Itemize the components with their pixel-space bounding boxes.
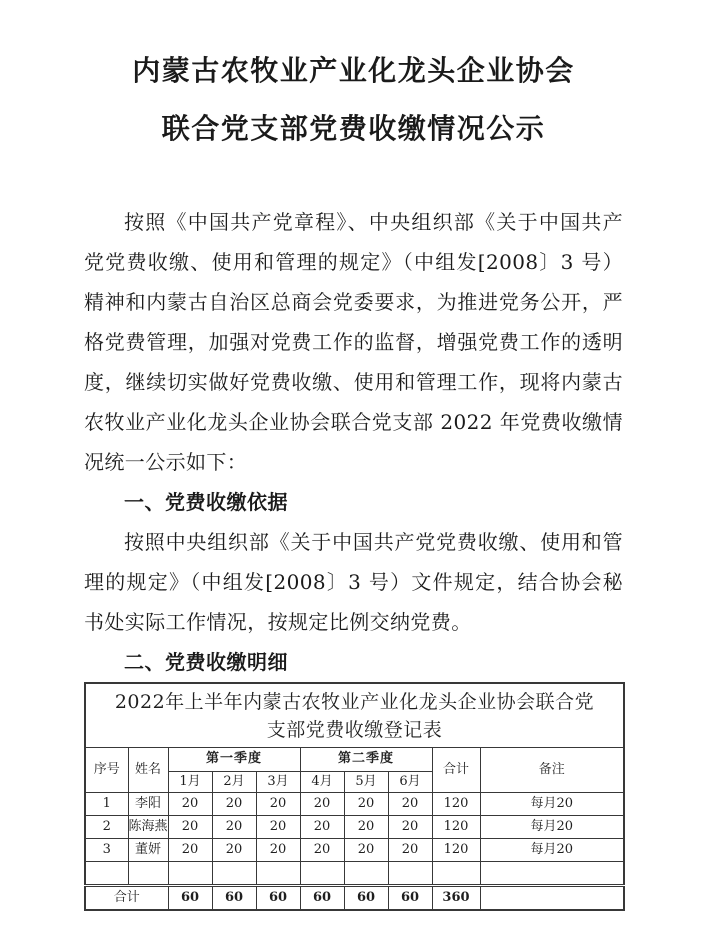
grand-total: 360 [432, 886, 480, 911]
cell-total [432, 862, 480, 886]
cell-name [128, 862, 168, 886]
cell-total: 120 [432, 839, 480, 862]
cell-month: 20 [344, 839, 388, 862]
document-title-line-1: 内蒙古农牧业产业化龙头企业协会 [84, 42, 623, 100]
cell-month: 20 [256, 793, 300, 816]
cell-note: 每月20 [480, 793, 624, 816]
document-page: 内蒙古农牧业产业化龙头企业协会 联合党支部党费收缴情况公示 按照《中国共产党章程… [0, 0, 705, 939]
section-2-heading: 二、党费收缴明细 [84, 642, 623, 682]
header-month-jan: 1月 [168, 772, 212, 793]
cell-month: 20 [344, 816, 388, 839]
cell-month: 20 [168, 839, 212, 862]
cell-month: 20 [168, 816, 212, 839]
header-name: 姓名 [128, 748, 168, 793]
document-title: 内蒙古农牧业产业化龙头企业协会 联合党支部党费收缴情况公示 [84, 0, 623, 158]
cell-month: 20 [388, 839, 432, 862]
cell-name: 陈海燕 [128, 816, 168, 839]
cell-month [388, 862, 432, 886]
cell-month [344, 862, 388, 886]
table-row-empty [85, 862, 624, 886]
header-quarter-1: 第一季度 [168, 748, 300, 772]
table-row-2: 2 陈海燕 20 20 20 20 20 20 120 每月20 [85, 816, 624, 839]
header-month-jun: 6月 [388, 772, 432, 793]
fee-collection-table: 2022年上半年内蒙古农牧业产业化龙头企业协会联合党支部党费收缴登记表 序号 姓… [84, 682, 625, 911]
cell-no: 3 [85, 839, 128, 862]
total-month: 60 [256, 886, 300, 911]
intro-paragraph: 按照《中国共产党章程》、中央组织部《关于中国共产党党费收缴、使用和管理的规定》（… [84, 202, 623, 482]
cell-total: 120 [432, 816, 480, 839]
document-title-line-2: 联合党支部党费收缴情况公示 [84, 100, 623, 158]
cell-note: 每月20 [480, 816, 624, 839]
header-no: 序号 [85, 748, 128, 793]
cell-month: 20 [300, 793, 344, 816]
cell-total: 120 [432, 793, 480, 816]
table-title-row: 2022年上半年内蒙古农牧业产业化龙头企业协会联合党支部党费收缴登记表 [85, 683, 624, 748]
total-month: 60 [212, 886, 256, 911]
section-1-body: 按照中央组织部《关于中国共产党党费收缴、使用和管理的规定》（中组发[2008〕3… [84, 522, 623, 642]
header-quarter-2: 第二季度 [300, 748, 432, 772]
cell-name: 董妍 [128, 839, 168, 862]
header-month-mar: 3月 [256, 772, 300, 793]
cell-month [256, 862, 300, 886]
cell-no [85, 862, 128, 886]
header-month-may: 5月 [344, 772, 388, 793]
cell-month: 20 [256, 816, 300, 839]
cell-month: 20 [388, 816, 432, 839]
total-note [480, 886, 624, 911]
cell-month: 20 [168, 793, 212, 816]
section-1-heading: 一、党费收缴依据 [84, 482, 623, 522]
header-month-feb: 2月 [212, 772, 256, 793]
cell-no: 2 [85, 816, 128, 839]
total-month: 60 [344, 886, 388, 911]
cell-month: 20 [300, 839, 344, 862]
cell-note [480, 862, 624, 886]
cell-month [212, 862, 256, 886]
cell-name: 李阳 [128, 793, 168, 816]
header-note: 备注 [480, 748, 624, 793]
cell-month: 20 [256, 839, 300, 862]
table-row-3: 3 董妍 20 20 20 20 20 20 120 每月20 [85, 839, 624, 862]
cell-no: 1 [85, 793, 128, 816]
document-content: 内蒙古农牧业产业化龙头企业协会 联合党支部党费收缴情况公示 按照《中国共产党章程… [84, 0, 623, 911]
cell-month: 20 [212, 816, 256, 839]
table-header-row-quarters: 序号 姓名 第一季度 第二季度 合计 备注 [85, 748, 624, 772]
cell-month: 20 [212, 839, 256, 862]
total-label: 合计 [85, 886, 168, 911]
header-month-apr: 4月 [300, 772, 344, 793]
cell-note: 每月20 [480, 839, 624, 862]
cell-month: 20 [388, 793, 432, 816]
table-title-cell: 2022年上半年内蒙古农牧业产业化龙头企业协会联合党支部党费收缴登记表 [85, 683, 624, 748]
total-month: 60 [168, 886, 212, 911]
cell-month [168, 862, 212, 886]
table-row-total: 合计 60 60 60 60 60 60 360 [85, 886, 624, 911]
cell-month [300, 862, 344, 886]
cell-month: 20 [212, 793, 256, 816]
table-title: 2022年上半年内蒙古农牧业产业化龙头企业协会联合党支部党费收缴登记表 [111, 688, 599, 744]
total-month: 60 [300, 886, 344, 911]
cell-month: 20 [344, 793, 388, 816]
table-row-1: 1 李阳 20 20 20 20 20 20 120 每月20 [85, 793, 624, 816]
total-month: 60 [388, 886, 432, 911]
header-total: 合计 [432, 748, 480, 793]
cell-month: 20 [300, 816, 344, 839]
